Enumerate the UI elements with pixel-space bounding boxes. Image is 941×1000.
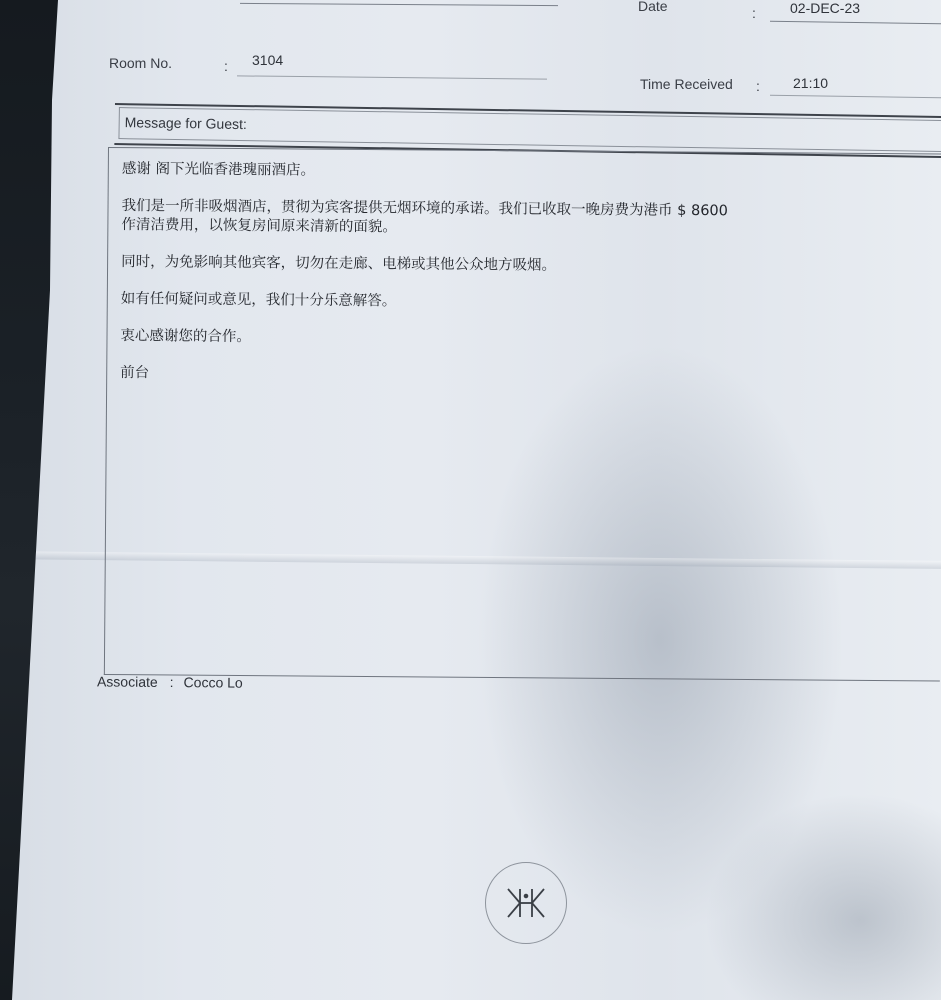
time-underline xyxy=(770,95,941,98)
rosewood-monogram-icon xyxy=(485,862,567,944)
time-received-label: Time Received xyxy=(640,76,733,92)
date-label: Date xyxy=(638,0,668,14)
message-questions: 如有任何疑问或意见，我们十分乐意解答。 xyxy=(121,290,821,315)
message-signature: 前台 xyxy=(120,364,820,389)
date-separator: : xyxy=(752,5,756,21)
top-rule-left xyxy=(240,3,558,6)
message-public-areas: 同时，为免影响其他宾客，切勿在走廊、电梯或其他公众地方吸烟。 xyxy=(121,253,821,278)
room-underline xyxy=(237,75,547,79)
message-slip-paper: Date : 02-DEC-23 Room No. : 3104 Time Re… xyxy=(0,0,941,1000)
room-no-label: Room No. xyxy=(109,55,172,71)
monogram-glyph-icon xyxy=(502,885,550,921)
associate-name: Cocco Lo xyxy=(184,674,243,691)
room-no-value: 3104 xyxy=(252,52,283,68)
time-received-separator: : xyxy=(756,78,760,94)
message-thanks: 衷心感谢您的合作。 xyxy=(120,327,820,352)
associate-separator: : xyxy=(170,674,174,690)
date-value: 02-DEC-23 xyxy=(790,0,860,16)
room-no-separator: : xyxy=(224,58,228,74)
associate-line: Associate:Cocco Lo xyxy=(97,673,243,690)
time-received-value: 21:10 xyxy=(793,75,828,91)
message-body: 感谢 阁下光临香港瑰丽酒店。 我们是一所非吸烟酒店，贯彻为宾客提供无烟环境的承诺… xyxy=(120,160,822,407)
date-underline xyxy=(770,21,941,24)
message-header-label: Message for Guest: xyxy=(118,107,941,152)
associate-label: Associate xyxy=(97,673,158,690)
